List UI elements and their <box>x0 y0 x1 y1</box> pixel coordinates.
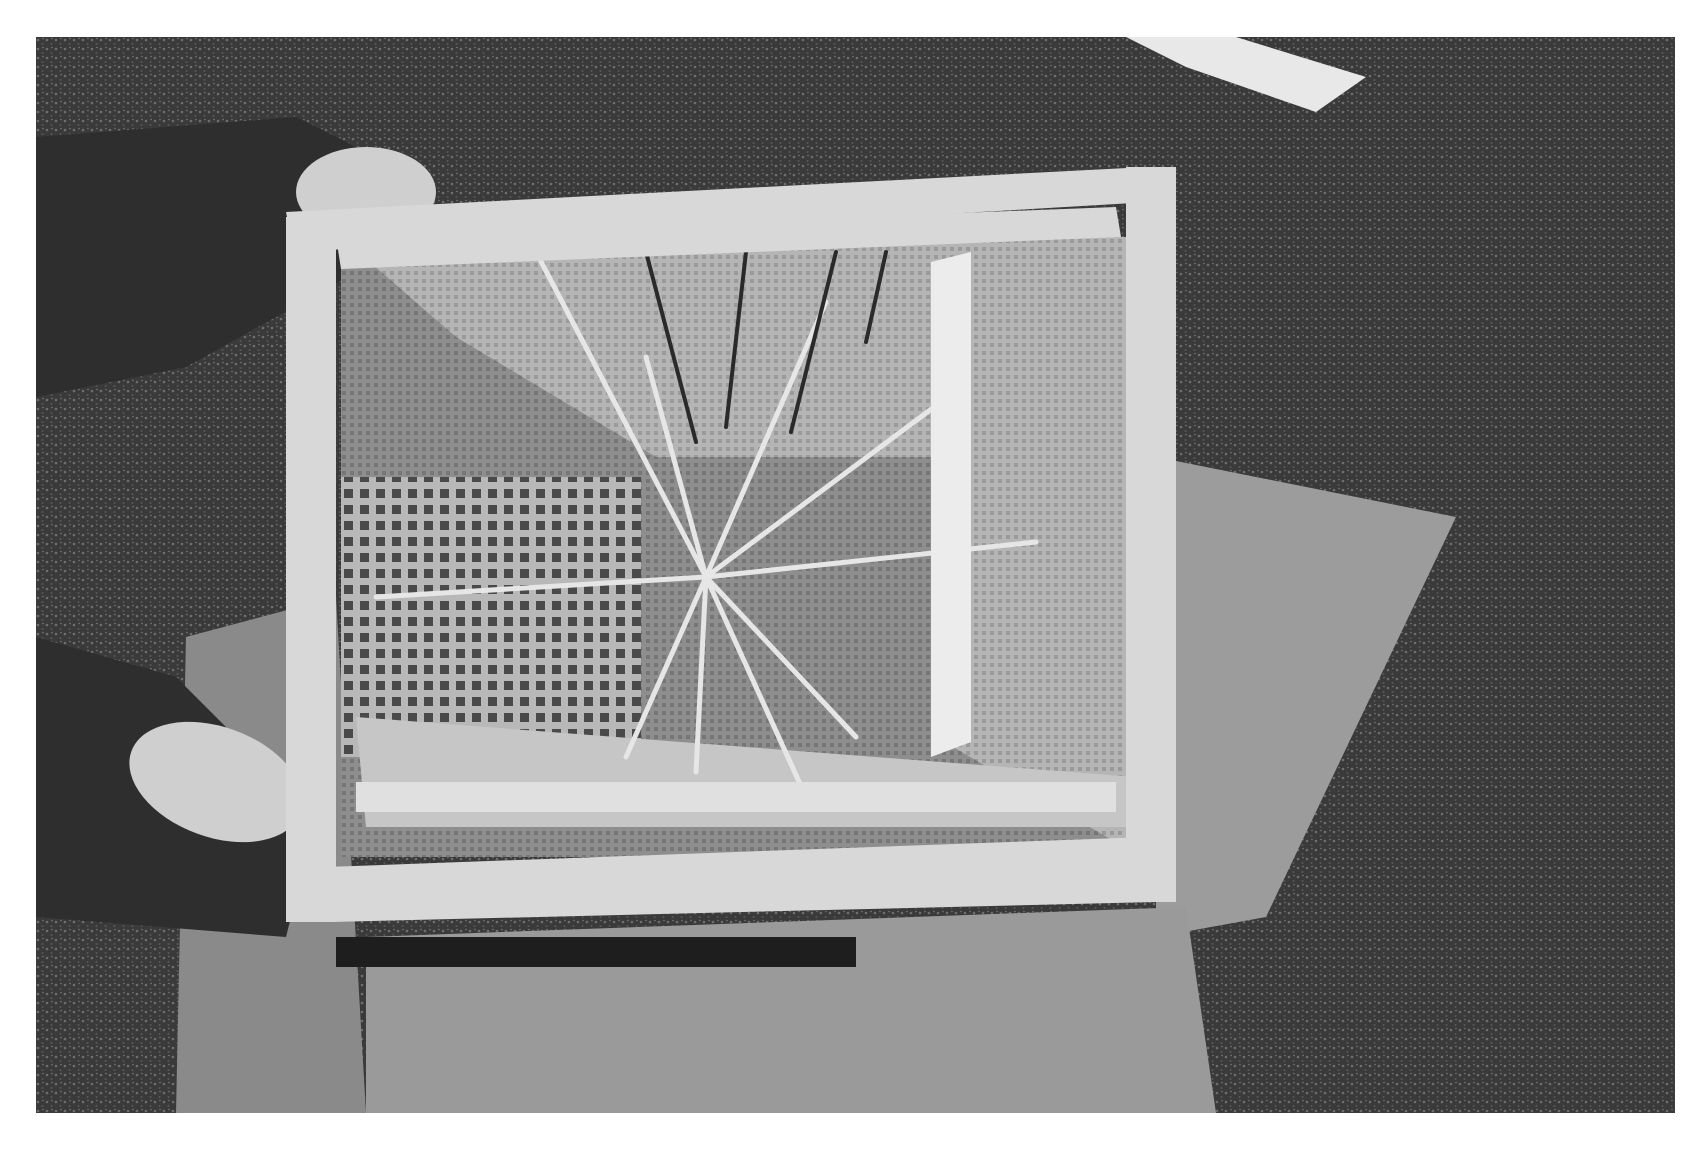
frame-shadow <box>336 937 856 967</box>
photo-scene <box>36 37 1675 1113</box>
front-mesh-left <box>341 477 641 757</box>
frame-post-inner <box>931 252 971 757</box>
inner-bottom-rail <box>356 782 1116 812</box>
photograph <box>36 37 1675 1113</box>
